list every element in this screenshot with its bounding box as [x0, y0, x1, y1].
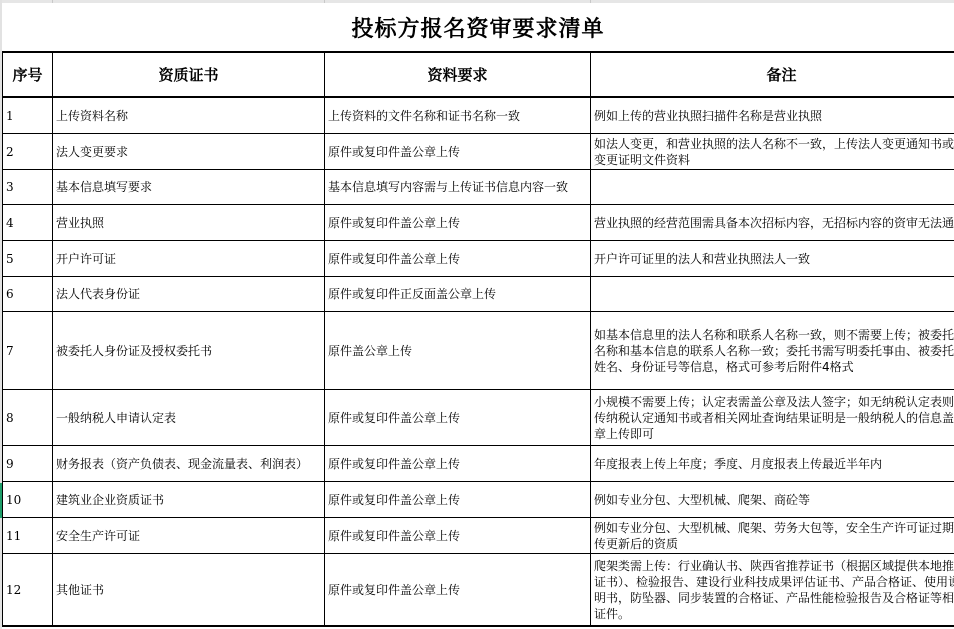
table-row: 9财务报表（资产负债表、现金流量表、利润表）原件或复印件盖公章上传年度报表上传上…	[3, 446, 954, 482]
requirement-cell[interactable]: 原件或复印件盖公章上传	[325, 205, 591, 241]
certificate-cell[interactable]: 建筑业企业资质证书	[53, 482, 325, 518]
row-number-cell[interactable]: 1	[3, 97, 53, 134]
row-number-cell[interactable]: 12	[3, 554, 53, 627]
table-row: 5开户许可证原件或复印件盖公章上传开户许可证里的法人和营业执照法人一致	[3, 241, 954, 277]
table-row: 10建筑业企业资质证书原件或复印件盖公章上传例如专业分包、大型机械、爬架、商砼等	[3, 482, 954, 518]
table-row: 11安全生产许可证原件或复印件盖公章上传例如专业分包、大型机械、爬架、劳务大包等…	[3, 518, 954, 554]
note-cell[interactable]	[591, 277, 954, 312]
certificate-cell[interactable]: 开户许可证	[53, 241, 325, 277]
table-row: 1上传资料名称上传资料的文件名称和证书名称一致例如上传的营业执照扫描件名称是营业…	[3, 97, 954, 134]
row-number-cell[interactable]: 6	[3, 277, 53, 312]
note-cell[interactable]: 例如专业分包、大型机械、爬架、商砼等	[591, 482, 954, 518]
certificate-cell[interactable]: 营业执照	[53, 205, 325, 241]
note-cell[interactable]: 开户许可证里的法人和营业执照法人一致	[591, 241, 954, 277]
header-row: 序号 资质证书 资料要求 备注	[3, 52, 954, 97]
certificate-cell[interactable]: 财务报表（资产负债表、现金流量表、利润表）	[53, 446, 325, 482]
certificate-cell[interactable]: 基本信息填写要求	[53, 170, 325, 205]
header-cell-number[interactable]: 序号	[3, 52, 53, 97]
note-cell[interactable]	[591, 170, 954, 205]
table-row: 8一般纳税人申请认定表原件或复印件盖公章上传小规模不需要上传；认定表需盖公章及法…	[3, 390, 954, 446]
certificate-cell[interactable]: 法人代表身份证	[53, 277, 325, 312]
row-number-cell[interactable]: 3	[3, 170, 53, 205]
row-number-cell[interactable]: 5	[3, 241, 53, 277]
row-number-cell[interactable]: 7	[3, 312, 53, 390]
requirement-cell[interactable]: 原件或复印件盖公章上传	[325, 518, 591, 554]
certificate-cell[interactable]: 一般纳税人申请认定表	[53, 390, 325, 446]
note-cell[interactable]: 爬架类需上传：行业确认书、陕西省推荐证书（根据区域提供本地推荐证书）、检验报告、…	[591, 554, 954, 627]
requirement-cell[interactable]: 原件或复印件正反面盖公章上传	[325, 277, 591, 312]
certificate-cell[interactable]: 上传资料名称	[53, 97, 325, 134]
table-row: 6法人代表身份证原件或复印件正反面盖公章上传	[3, 277, 954, 312]
certificate-cell[interactable]: 法人变更要求	[53, 134, 325, 170]
certificate-cell[interactable]: 安全生产许可证	[53, 518, 325, 554]
header-cell-requirement[interactable]: 资料要求	[325, 52, 591, 97]
requirement-cell[interactable]: 原件或复印件盖公章上传	[325, 446, 591, 482]
requirement-cell[interactable]: 上传资料的文件名称和证书名称一致	[325, 97, 591, 134]
row-number-cell[interactable]: 9	[3, 446, 53, 482]
row-number-cell[interactable]: 11	[3, 518, 53, 554]
note-cell[interactable]: 例如专业分包、大型机械、爬架、劳务大包等，安全生产许可证过期上传更新后的资质	[591, 518, 954, 554]
requirements-table: 序号 资质证书 资料要求 备注 1上传资料名称上传资料的文件名称和证书名称一致例…	[2, 51, 954, 627]
row-number-cell[interactable]: 8	[3, 390, 53, 446]
requirement-cell[interactable]: 原件或复印件盖公章上传	[325, 482, 591, 518]
note-cell[interactable]: 营业执照的经营范围需具备本次招标内容，无招标内容的资审无法通过	[591, 205, 954, 241]
table-row: 2法人变更要求原件或复印件盖公章上传如法人变更，和营业执照的法人名称不一致，上传…	[3, 134, 954, 170]
note-cell[interactable]: 如法人变更，和营业执照的法人名称不一致，上传法人变更通知书或者变更证明文件资料	[591, 134, 954, 170]
header-cell-note[interactable]: 备注	[591, 52, 954, 97]
row-number-cell[interactable]: 2	[3, 134, 53, 170]
requirement-cell[interactable]: 基本信息填写内容需与上传证书信息内容一致	[325, 170, 591, 205]
note-cell[interactable]: 小规模不需要上传；认定表需盖公章及法人签字；如无纳税认定表则上传纳税认定通知书或…	[591, 390, 954, 446]
note-cell[interactable]: 例如上传的营业执照扫描件名称是营业执照	[591, 97, 954, 134]
table-row: 12其他证书原件或复印件盖公章上传爬架类需上传：行业确认书、陕西省推荐证书（根据…	[3, 554, 954, 627]
table-row: 7被委托人身份证及授权委托书原件盖公章上传如基本信息里的法人名称和联系人名称一致…	[3, 312, 954, 390]
note-cell[interactable]: 年度报表上传上年度；季度、月度报表上传最近半年内	[591, 446, 954, 482]
row-number-cell[interactable]: 4	[3, 205, 53, 241]
requirement-cell[interactable]: 原件盖公章上传	[325, 312, 591, 390]
table-row: 4营业执照原件或复印件盖公章上传营业执照的经营范围需具备本次招标内容，无招标内容…	[3, 205, 954, 241]
table-row: 3基本信息填写要求基本信息填写内容需与上传证书信息内容一致	[3, 170, 954, 205]
certificate-cell[interactable]: 被委托人身份证及授权委托书	[53, 312, 325, 390]
row-number-cell[interactable]: 10	[3, 482, 53, 518]
requirement-cell[interactable]: 原件或复印件盖公章上传	[325, 390, 591, 446]
header-cell-certificate[interactable]: 资质证书	[53, 52, 325, 97]
note-cell[interactable]: 如基本信息里的法人名称和联系人名称一致，则不需要上传；被委托人名称和基本信息的联…	[591, 312, 954, 390]
requirement-cell[interactable]: 原件或复印件盖公章上传	[325, 241, 591, 277]
requirement-cell[interactable]: 原件或复印件盖公章上传	[325, 134, 591, 170]
requirement-cell[interactable]: 原件或复印件盖公章上传	[325, 554, 591, 627]
sheet-title[interactable]: 投标方报名资审要求清单	[2, 3, 954, 51]
certificate-cell[interactable]: 其他证书	[53, 554, 325, 627]
